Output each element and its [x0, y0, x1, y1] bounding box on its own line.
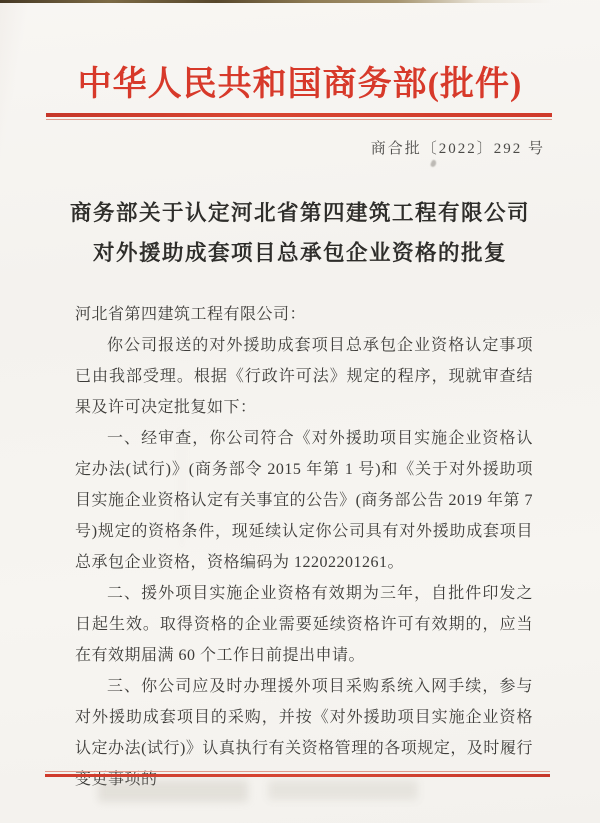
salutation: 河北省第四建筑工程有限公司：: [75, 299, 533, 330]
document-number: 商合批〔2022〕292 号: [371, 137, 545, 158]
scan-speck-artifact: [430, 159, 437, 167]
letterhead-rule: [46, 113, 552, 120]
para-item-2: 二、援外项目实施企业资格有效期为三年，自批件印发之日起生效。取得资格的企业需要延…: [75, 578, 533, 671]
document-title: 商务部关于认定河北省第四建筑工程有限公司 对外援助成套项目总承包企业资格的批复: [0, 193, 600, 273]
bleed-through-artifact: [98, 780, 248, 802]
footer-rule-thin: [45, 771, 550, 772]
bleed-through-artifact: [268, 780, 418, 800]
document-body: 河北省第四建筑工程有限公司：你公司报送的对外援助成套项目总承包企业资格认定事项已…: [75, 299, 533, 795]
scanned-document-page: 中华人民共和国商务部(批件) 商合批〔2022〕292 号 商务部关于认定河北省…: [0, 0, 600, 823]
footer-rule-thick: [45, 774, 550, 778]
letterhead-title: 中华人民共和国商务部(批件): [0, 56, 600, 105]
para-item-1: 一、经审查，你公司符合《对外援助项目实施企业资格认定办法(试行)》(商务部令 2…: [75, 423, 533, 578]
footer-rule: [45, 771, 550, 777]
bleed-through-artifact: [180, 430, 184, 550]
scan-edge-artifact: [0, 0, 600, 3]
document-title-line-1: 商务部关于认定河北省第四建筑工程有限公司: [0, 193, 600, 233]
document-title-line-2: 对外援助成套项目总承包企业资格的批复: [0, 233, 600, 273]
para-intro: 你公司报送的对外援助成套项目总承包企业资格认定事项已由我部受理。根据《行政许可法…: [75, 330, 533, 423]
letterhead-rule-thin: [46, 119, 552, 120]
letterhead-rule-thick: [46, 113, 552, 117]
